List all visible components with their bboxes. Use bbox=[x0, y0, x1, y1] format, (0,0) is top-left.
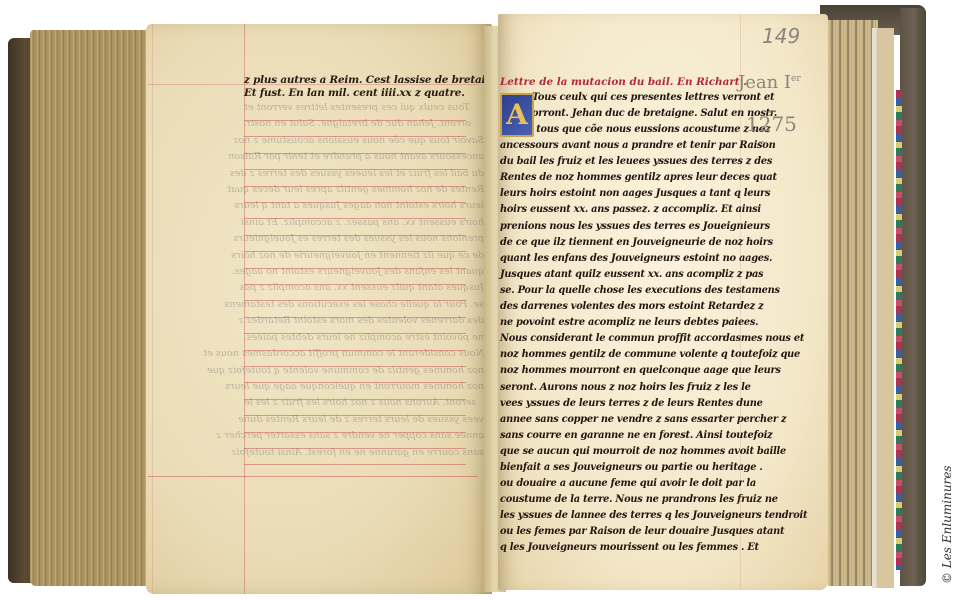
margin-rule-outer bbox=[152, 24, 153, 594]
manuscript-line: se. Pour la quelle chose les executions … bbox=[500, 283, 740, 299]
page-stack-left bbox=[30, 30, 150, 586]
annotation-name-suffix: er bbox=[791, 74, 801, 84]
ruling-line bbox=[244, 464, 466, 465]
manuscript-line: ou douaire a aucune feme qui avoir le do… bbox=[500, 476, 740, 492]
manuscript-line: que se aucun qui mourroit de noz hommes … bbox=[500, 444, 740, 460]
manuscript-line: annee sans copper ne vendre z sans essar… bbox=[500, 412, 740, 428]
manuscript-line: vees yssues de leurs terres z de leurs R… bbox=[500, 396, 740, 412]
manuscript-line: orront. Jehan duc de bretaigne. Salut en… bbox=[500, 106, 740, 122]
show-through-text: Tous ceulx qui ces presentes lettres ver… bbox=[244, 100, 484, 461]
copyright-credit: © Les Enluminures bbox=[940, 465, 954, 584]
show-through-line: seront. Aurons nous z noz hoirs les frui… bbox=[244, 395, 484, 411]
ruling-line-bottom bbox=[148, 476, 478, 477]
pencil-annotation-name: Jean Ier bbox=[738, 72, 801, 93]
manuscript-line: Savoir tous que cõe nous eussions acoust… bbox=[500, 122, 740, 138]
show-through-line: Rentes de noz hommes gentilz apres leur … bbox=[244, 182, 484, 198]
show-through-line: quant les enfans des Jouveigneurs estoin… bbox=[244, 264, 484, 280]
manuscript-line: ne povoint estre acompliz ne leurs debte… bbox=[500, 315, 740, 331]
show-through-line: du bail les fruiz et les leuees yssues d… bbox=[244, 166, 484, 182]
manuscript-line: leurs hoirs estoint non aages Jusques a … bbox=[500, 186, 740, 202]
manuscript-line: bienfait a ses Jouveigneurs ou partie ou… bbox=[500, 460, 740, 476]
page-stack-right bbox=[828, 20, 878, 586]
manuscript-line: ou les femes par Raison de leur douaire … bbox=[500, 524, 740, 540]
manuscript-line: du bail les fruiz et les leuees yssues d… bbox=[500, 154, 740, 170]
manuscript-line: seront. Aurons nous z noz hoirs les frui… bbox=[500, 380, 740, 396]
manuscript-line: quant les enfans des Jouveigneurs estoin… bbox=[500, 251, 740, 267]
show-through-line: se. Pour la quelle chose les executions … bbox=[244, 297, 484, 313]
flyleaf bbox=[872, 28, 894, 588]
charter-text: Tous ceulx qui ces presentes lettres ver… bbox=[500, 90, 740, 557]
right-page-text: Lettre de la mutacion du bail. En Richar… bbox=[500, 74, 740, 557]
show-through-line: Jusques atant quilz eussent xx. ans acom… bbox=[244, 280, 484, 296]
show-through-line: Nous considerant le commun proffit accor… bbox=[244, 346, 484, 362]
annotation-name-text: Jean I bbox=[738, 72, 791, 93]
manuscript-line: Jusques atant quilz eussent xx. ans acom… bbox=[500, 267, 740, 283]
ink-line: z plus autres a Reim. Cest lassise de br… bbox=[244, 74, 484, 87]
ink-line: Et fust. En lan mil. cent iiii.xx z quat… bbox=[244, 87, 484, 100]
manuscript-line: ancessours avant nous a prandre et tenir… bbox=[500, 138, 740, 154]
show-through-line: Savoir tous que cõe nous eussions acoust… bbox=[244, 133, 484, 149]
show-through-line: de ce que ilz tiennent en Jouveigneurie … bbox=[244, 248, 484, 264]
manuscript-line: q les Jouveigneurs mourissent ou les fem… bbox=[500, 540, 740, 556]
book-back-cover-right bbox=[900, 8, 926, 586]
show-through-line: noz hommes mourront en quelconque aage q… bbox=[244, 379, 484, 395]
decorated-initial: A bbox=[500, 93, 534, 137]
show-through-line: sans courre en garanne ne en forest. Ain… bbox=[244, 445, 484, 461]
manuscript-line: sans courre en garanne ne en forest. Ain… bbox=[500, 428, 740, 444]
folio-number: 149 bbox=[762, 24, 800, 48]
manuscript-line: Rentes de noz hommes gentilz apres leur … bbox=[500, 170, 740, 186]
manuscript-line: hoirs eussent xx. ans passez. z accompli… bbox=[500, 202, 740, 218]
left-page-text: z plus autres a Reim. Cest lassise de br… bbox=[244, 74, 484, 461]
manuscript-line: prenions nous les yssues des terres es J… bbox=[500, 219, 740, 235]
manuscript-line: Nous considerant le commun proffit accor… bbox=[500, 331, 740, 347]
manuscript-line: coustume de la terre. Nous ne prandrons … bbox=[500, 492, 740, 508]
show-through-line: ne povoint estre acompliz ne leurs debte… bbox=[244, 330, 484, 346]
rubric-heading: Lettre de la mutacion du bail. En Richar… bbox=[500, 74, 740, 90]
show-through-line: ancessours avant nous a prandre et tenir… bbox=[244, 149, 484, 165]
show-through-line: prenions nous les yssues des terres es J… bbox=[244, 231, 484, 247]
marbled-endpaper-edge bbox=[896, 90, 902, 570]
pencil-dash: – bbox=[758, 134, 765, 150]
show-through-line: noz hommes gentilz de commune volente q … bbox=[244, 363, 484, 379]
show-through-line: vees yssues de leurs terres z de leurs R… bbox=[244, 412, 484, 428]
show-through-line: des darrenes volentes des mors estoint R… bbox=[244, 313, 484, 329]
manuscript-line: Tous ceulx qui ces presentes lettres ver… bbox=[500, 90, 740, 106]
pencil-annotation-year: 1275 bbox=[746, 112, 797, 136]
show-through-line: orront. Jehan duc de bretaigne. Salut en… bbox=[244, 116, 484, 132]
manuscript-line: les yssues de lannee des terres q les Jo… bbox=[500, 508, 740, 524]
show-through-line: leurs hoirs estoint non aages Jusques a … bbox=[244, 198, 484, 214]
show-through-line: Tous ceulx qui ces presentes lettres ver… bbox=[244, 100, 484, 116]
manuscript-line: de ce que ilz tiennent en Jouveigneurie … bbox=[500, 235, 740, 251]
manuscript-line: noz hommes gentilz de commune volente q … bbox=[500, 347, 740, 363]
manuscript-line: des darrenes volentes des mors estoint R… bbox=[500, 299, 740, 315]
show-through-line: annee sans copper ne vendre z sans essar… bbox=[244, 428, 484, 444]
manuscript-line: noz hommes mourront en quelconque aage q… bbox=[500, 363, 740, 379]
show-through-line: hoirs eussent xx. ans passez. z accompli… bbox=[244, 215, 484, 231]
